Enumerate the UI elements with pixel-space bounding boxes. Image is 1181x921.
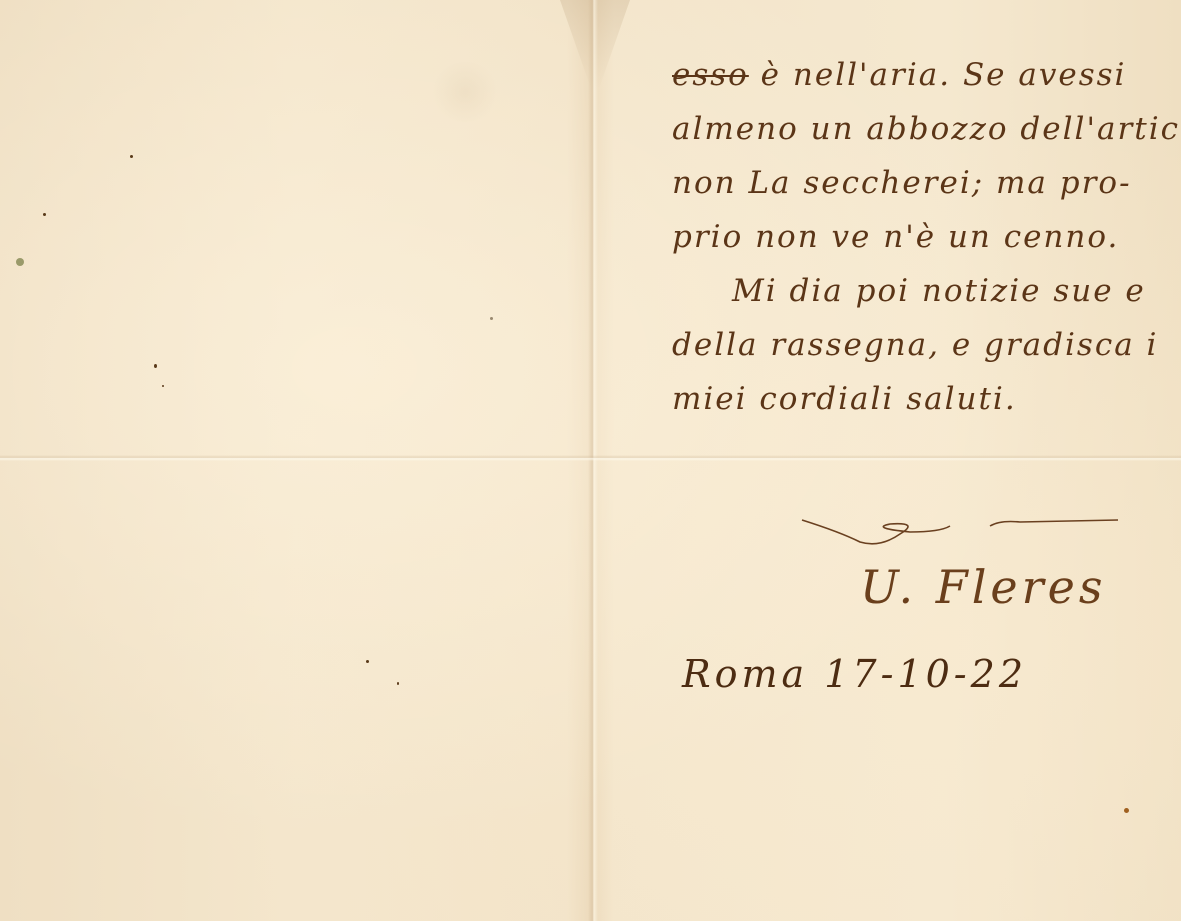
letter-line-4: prio non ve n'è un cenno. (672, 210, 1152, 264)
letter-line-3: non La seccherei; ma pro- (672, 156, 1152, 210)
ink-speck (43, 213, 46, 216)
letter-line-7: miei cordiali saluti. (672, 372, 1152, 426)
letter-line-2: almeno un abbozzo dell'articolo (672, 102, 1152, 156)
letter-line-6: della rassegna, e gradisca i (672, 318, 1152, 372)
place-and-date: Roma 17-10-22 (682, 652, 1027, 696)
struck-word: esso (672, 57, 749, 93)
ink-speck (1124, 808, 1129, 813)
right-page-text: esso è nell'aria. Se avessi almeno un ab… (672, 48, 1152, 426)
ink-speck (154, 364, 157, 368)
stain-speck (16, 258, 24, 266)
ink-speck (162, 385, 164, 387)
ink-speck (397, 682, 399, 685)
faint-embossed-mark (430, 62, 500, 122)
closing-flourish-icon (800, 512, 1120, 552)
signature: U. Fleres (860, 560, 1106, 614)
ink-speck (130, 155, 133, 158)
letter-sheet: esso è nell'aria. Se avessi almeno un ab… (0, 0, 1181, 921)
letter-line-1: esso è nell'aria. Se avessi (672, 48, 1152, 102)
ink-speck (366, 660, 369, 663)
horizontal-fold-crease (0, 455, 1181, 461)
letter-line-5: Mi dia poi notizie sue e (672, 264, 1152, 318)
ink-speck (490, 317, 493, 320)
